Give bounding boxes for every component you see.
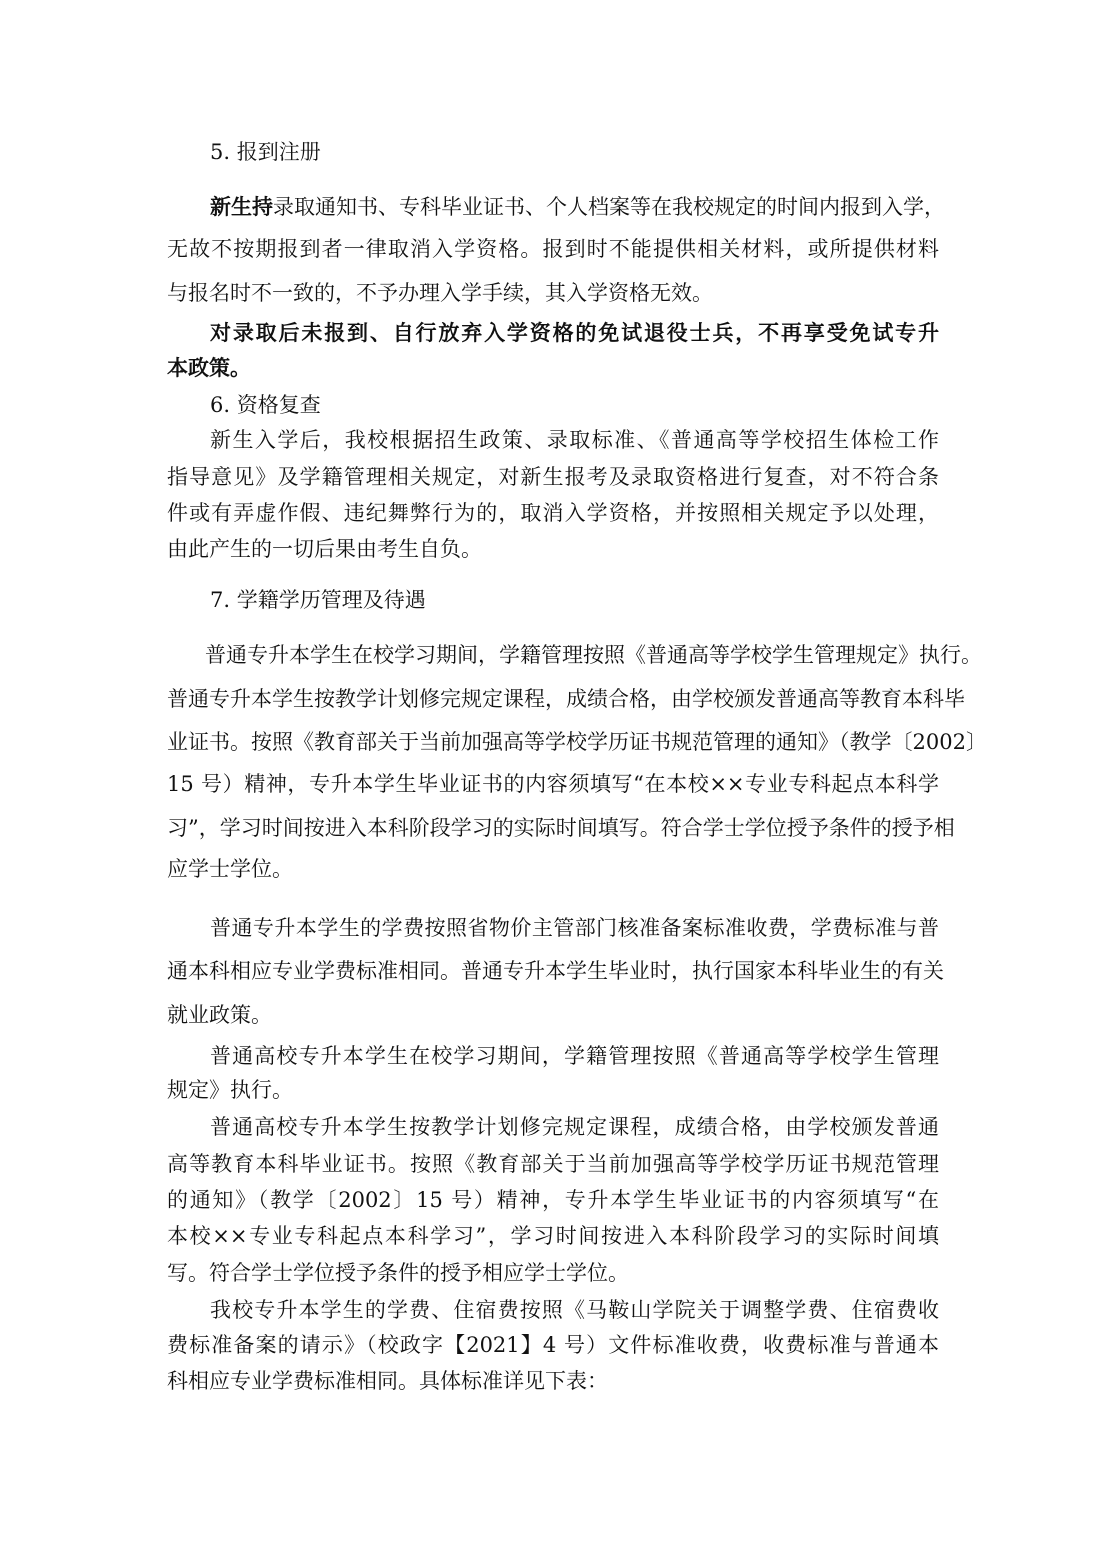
paragraph-line: 规定》执行。 — [167, 1076, 939, 1104]
paragraph-line: 通本科相应专业学费标准相同。普通专升本学生毕业时，执行国家本科毕业生的有关 — [167, 957, 939, 985]
paragraph-line: 费标准备案的请示》（校政字【2021】4 号）文件标准收费，收费标准与普通本 — [167, 1331, 939, 1359]
paragraph-line: 新生持录取通知书、专科毕业证书、个人档案等在我校规定的时间内报到入学， — [210, 193, 939, 221]
paragraph-line: 的通知》（教学〔2002〕15 号）精神，专升本学生毕业证书的内容须填写“在 — [167, 1186, 939, 1214]
paragraph-line: 业证书。按照《教育部关于当前加强高等学校学历证书规范管理的通知》（教学〔2002… — [167, 728, 939, 756]
paragraph-line: 本校××专业专科起点本科学习”，学习时间按进入本科阶段学习的实际时间填 — [167, 1222, 939, 1250]
paragraph-line: 新生入学后，我校根据招生政策、录取标准、《普通高等学校招生体检工作 — [210, 426, 939, 454]
paragraph-line: 应学士学位。 — [167, 855, 939, 883]
paragraph-line: 高等教育本科毕业证书。按照《教育部关于当前加强高等学校学历证书规范管理 — [167, 1150, 939, 1178]
section-heading-5: 5. 报到注册 — [210, 138, 321, 166]
bold-paragraph-line: 对录取后未报到、自行放弃入学资格的免试退役士兵，不再享受免试专升 — [210, 319, 939, 347]
paragraph-line: 习”，学习时间按进入本科阶段学习的实际时间填写。符合学士学位授予条件的授予相 — [167, 814, 939, 842]
section-heading-7: 7. 学籍学历管理及待遇 — [210, 586, 426, 614]
paragraph-line: 由此产生的一切后果由考生自负。 — [167, 535, 939, 563]
paragraph-line: 普通高校专升本学生按教学计划修完规定课程，成绩合格，由学校颁发普通 — [210, 1113, 939, 1141]
paragraph-line: 普通高校专升本学生在校学习期间，学籍管理按照《普通高等学校学生管理 — [210, 1042, 939, 1070]
paragraph-line: 普通专升本学生在校学习期间，学籍管理按照《普通高等学校学生管理规定》执行。 — [205, 641, 939, 669]
paragraph-line: 就业政策。 — [167, 1001, 939, 1029]
paragraph-line: 我校专升本学生的学费、住宿费按照《马鞍山学院关于调整学费、住宿费收 — [210, 1296, 939, 1324]
paragraph-line: 15 号）精神，专升本学生毕业证书的内容须填写“在本校××专业专科起点本科学 — [167, 770, 939, 798]
paragraph-line: 指导意见》及学籍管理相关规定，对新生报考及录取资格进行复查，对不符合条 — [167, 463, 939, 491]
paragraph-line: 普通专升本学生按教学计划修完规定课程，成绩合格，由学校颁发普通高等教育本科毕 — [167, 685, 939, 713]
paragraph-line: 写。符合学士学位授予条件的授予相应学士学位。 — [167, 1259, 939, 1287]
bold-prefix: 新生持 — [210, 195, 273, 219]
paragraph-line: 科相应专业学费标准相同。具体标准详见下表： — [167, 1367, 939, 1395]
bold-paragraph-line: 本政策。 — [167, 354, 939, 382]
section-heading-6: 6. 资格复查 — [210, 391, 321, 419]
paragraph-line: 与报名时不一致的，不予办理入学手续，其入学资格无效。 — [167, 279, 939, 307]
paragraph-line: 普通专升本学生的学费按照省物价主管部门核准备案标准收费，学费标准与普 — [210, 914, 939, 942]
paragraph-line: 无故不按期报到者一律取消入学资格。报到时不能提供相关材料，或所提供材料 — [167, 235, 939, 263]
paragraph-line: 件或有弄虚作假、违纪舞弊行为的，取消入学资格，并按照相关规定予以处理， — [167, 499, 939, 527]
